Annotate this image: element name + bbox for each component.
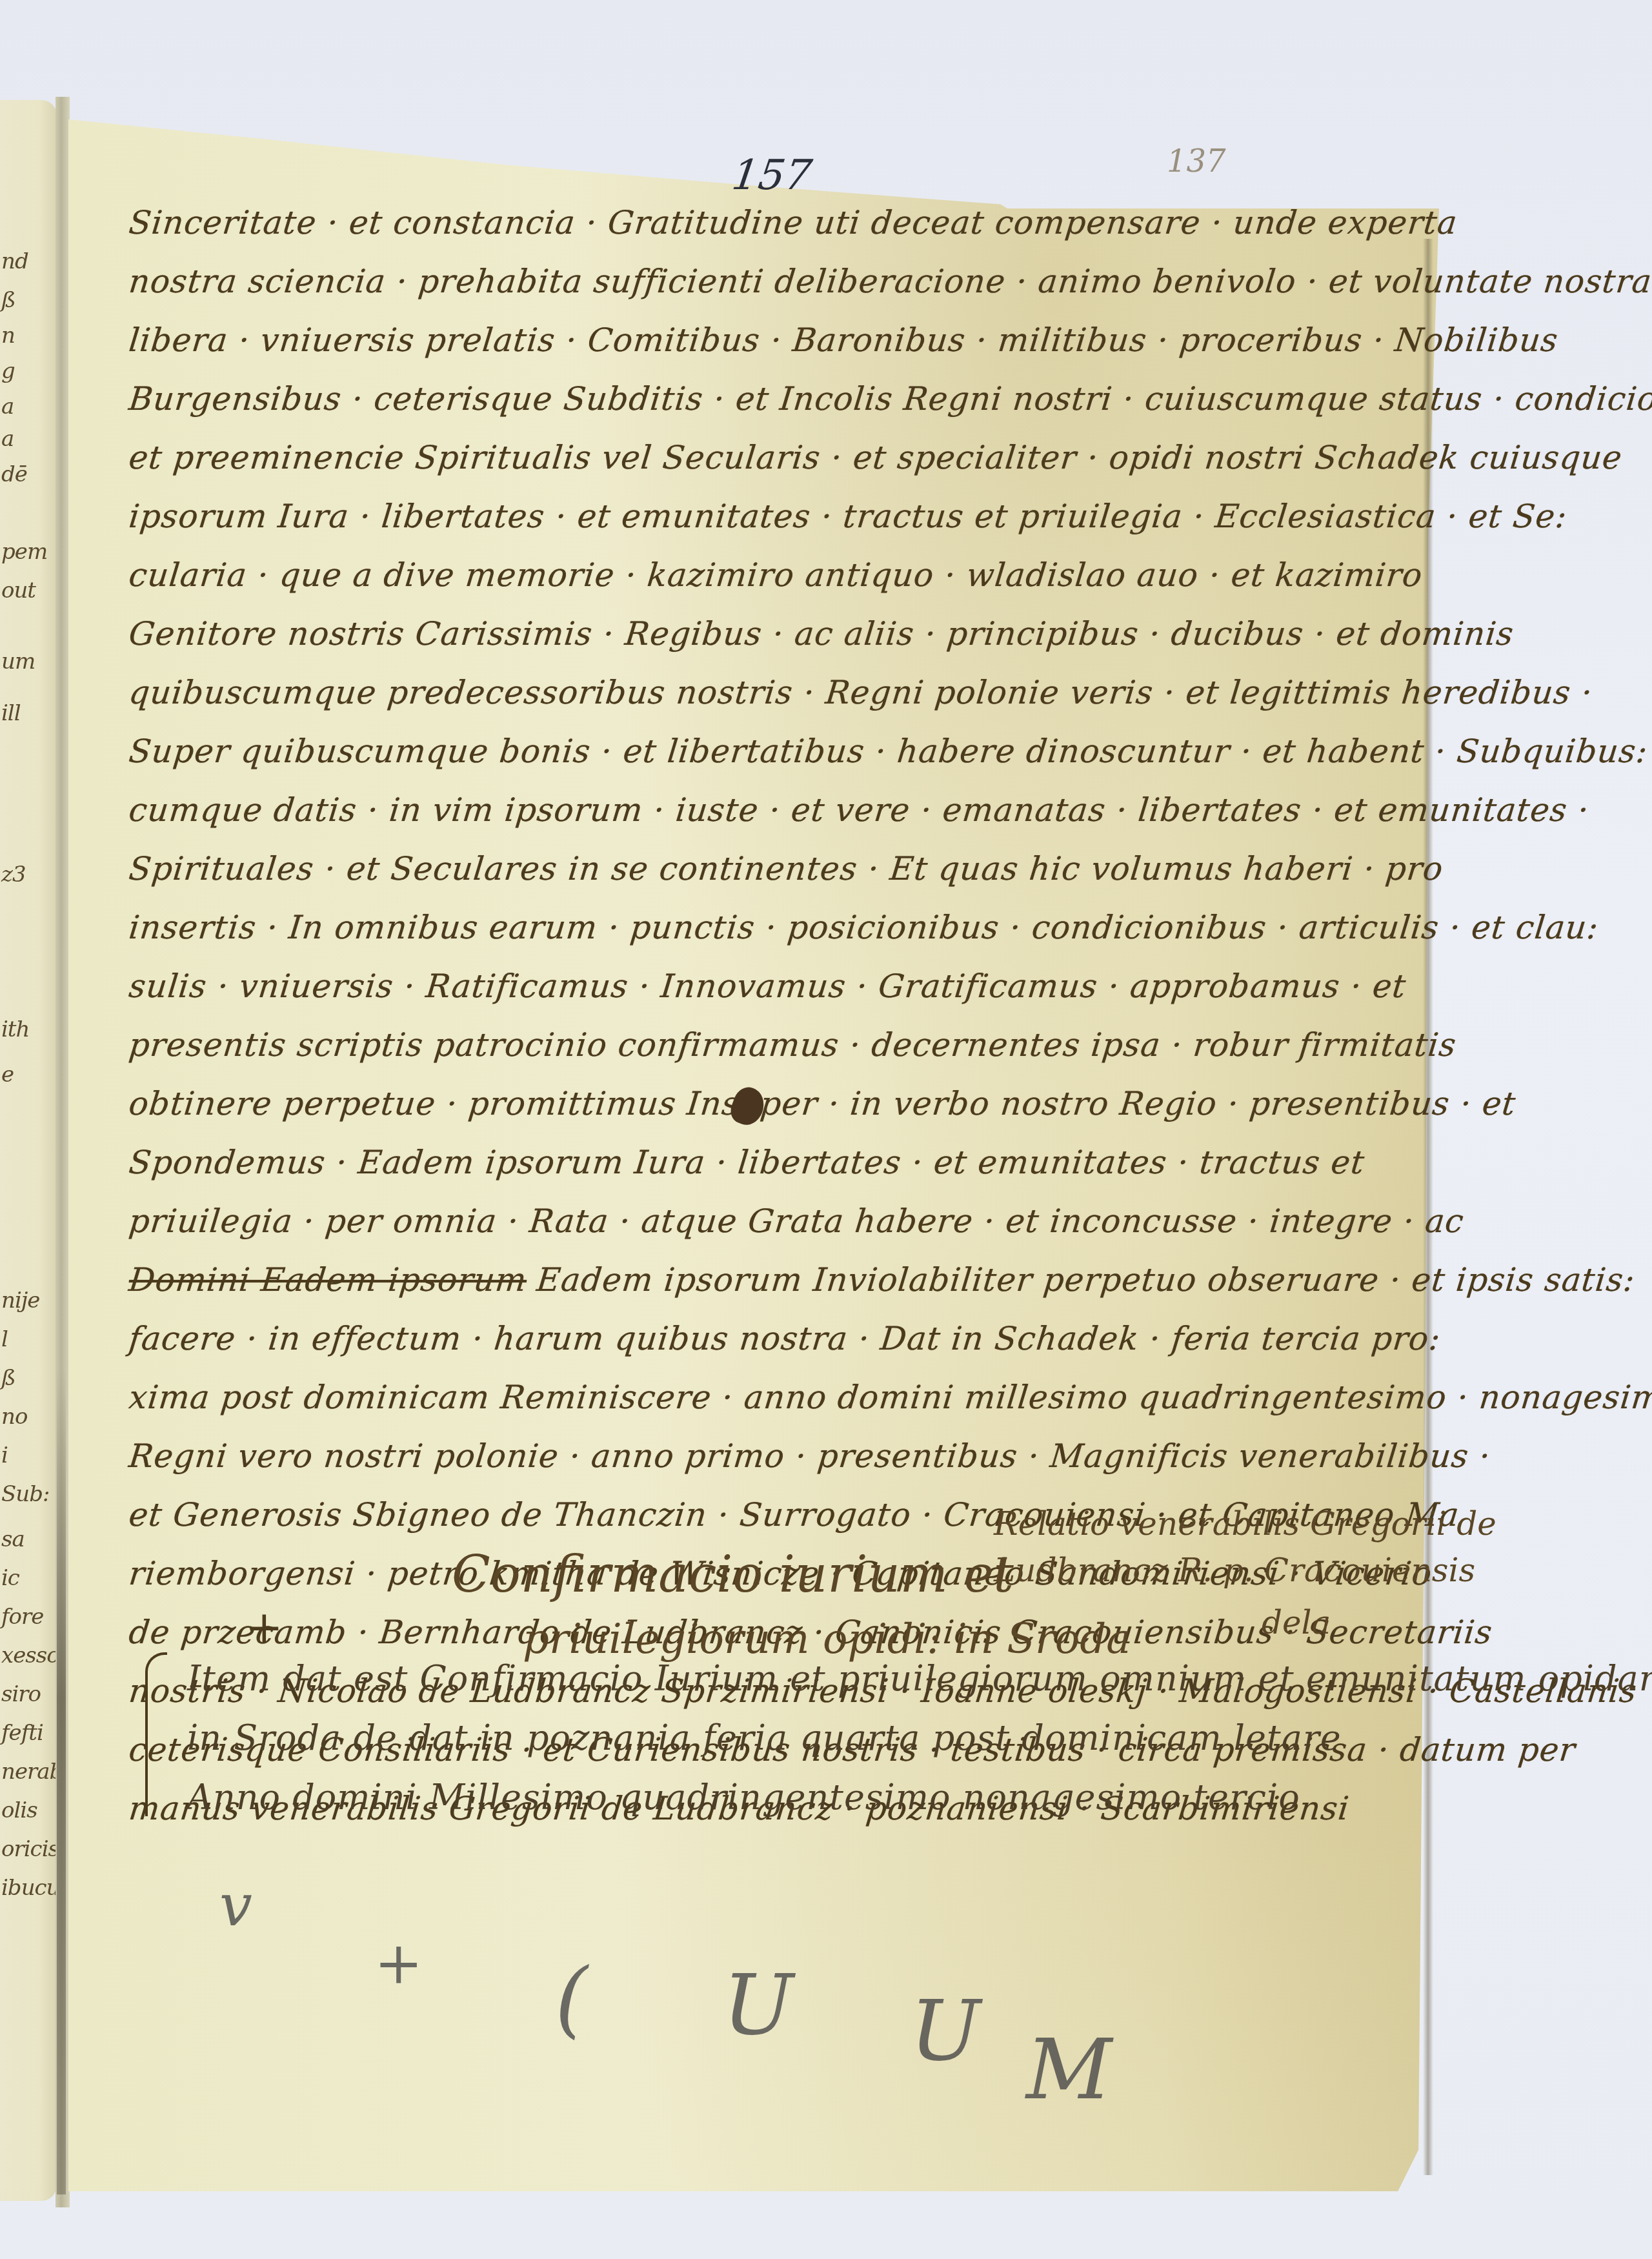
text-line: presentis scriptis patrocinio confirmamu… — [126, 1016, 1358, 1075]
pencil-mark: U — [723, 1956, 794, 2054]
margin-fragment: nije — [1, 1288, 39, 1313]
margin-fragment: a — [1, 394, 14, 420]
margin-fragment: um — [1, 649, 35, 674]
gutter-shadow — [57, 1368, 66, 2194]
text-line: ipsorum Iura · libertates · et emunitate… — [126, 487, 1358, 546]
bracket-mark — [145, 1652, 167, 1816]
text-line: xima post dominicam Reminiscere · anno d… — [126, 1368, 1358, 1427]
text-line: quibuscumque predecessoribus nostris · R… — [126, 664, 1358, 722]
margin-fragment: pem — [1, 539, 47, 565]
margin-fragment: ß — [1, 287, 15, 313]
margin-fragment: nerab — [1, 1759, 57, 1785]
relatio-line-1: Relatio venerabilis Gregorii de — [994, 1501, 1496, 1547]
margin-fragment: sa — [1, 1526, 25, 1552]
margin-fragment: n — [1, 323, 15, 349]
margin-fragment: nd — [1, 248, 28, 274]
margin-fragment: ic — [1, 1565, 19, 1591]
final-entry-line: Anno domini Millesimo quadringentesimo n… — [187, 1768, 1652, 1827]
text-line: Sinceritate · et constancia · Gratitudin… — [126, 194, 1358, 252]
old-folio-number: 137 — [1167, 143, 1226, 179]
heading-line-1: Confirmacio iurium et — [452, 1546, 1014, 1604]
margin-fragment: g — [1, 358, 15, 384]
text-line: Burgensibus · ceterisque Subditis · et I… — [126, 370, 1358, 429]
margin-fragment: Sub: — [1, 1481, 49, 1507]
margin-fragment: i — [1, 1443, 8, 1468]
struck-text: Domini Eadem ipsorum — [127, 1261, 529, 1299]
dela-annotation: dela — [1262, 1604, 1331, 1641]
folio-number: 157 — [729, 152, 815, 199]
text-line: cumque datis · in vim ipsorum · iuste · … — [126, 781, 1358, 840]
text-line: Genitore nostris Carissimis · Regibus · … — [126, 605, 1358, 664]
left-facing-page: nd ß n g a a dē pem out um ill z3 ith e … — [0, 100, 57, 2201]
margin-fragment: no — [1, 1404, 27, 1430]
pencil-mark: + — [374, 1930, 423, 1998]
text-line: insertis · In omnibus earum · punctis · … — [126, 898, 1358, 957]
margin-fragment: out — [1, 578, 35, 603]
text-line: Spondemus · Eadem ipsorum Iura · liberta… — [126, 1133, 1358, 1192]
text-line-rest: Eadem ipsorum Inviolabiliter perpetuo ob… — [535, 1261, 1637, 1299]
margin-fragment: siro — [1, 1681, 41, 1707]
text-line: cularia · que a dive memorie · kazimiro … — [126, 546, 1358, 605]
final-entry: Item dat est Confirmacio Iurium et priui… — [187, 1649, 1652, 1827]
margin-fragment: dē — [1, 461, 27, 487]
margin-fragment: a — [1, 426, 14, 452]
pencil-mark: U — [910, 1981, 981, 2080]
text-line: sulis · vniuersis · Ratificamus · Innova… — [126, 957, 1358, 1016]
pencil-mark: v — [219, 1872, 252, 1940]
text-line: et preeminencie Spiritualis vel Seculari… — [126, 429, 1358, 487]
margin-fragment: ibucu — [1, 1875, 57, 1901]
margin-fragment: z3 — [1, 862, 26, 887]
text-line: nostra sciencia · prehabita sufficienti … — [126, 252, 1358, 311]
margin-fragment: fefti — [1, 1720, 43, 1746]
margin-fragment: e — [1, 1062, 14, 1088]
pencil-mark: ( — [555, 1949, 588, 2047]
margin-fragment: ill — [1, 700, 21, 726]
text-line: Super quibuscumque bonis · et libertatib… — [126, 722, 1358, 781]
margin-fragment: ß — [1, 1365, 15, 1391]
margin-fragment: olis — [1, 1798, 37, 1823]
text-line-with-strikethrough: Domini Eadem ipsorum Eadem ipsorum Invio… — [126, 1251, 1358, 1310]
margin-fragment: fore — [1, 1604, 43, 1630]
final-entry-line: in Sroda de dat in poznania feria quarta… — [187, 1708, 1652, 1768]
margin-fragment: l — [1, 1326, 8, 1352]
text-line: priuilegia · per omnia · Rata · atque Gr… — [126, 1192, 1358, 1251]
margin-fragment: oricis — [1, 1836, 57, 1862]
text-line: libera · vniuersis prelatis · Comitibus … — [126, 311, 1358, 370]
text-line: facere · in effectum · harum quibus nost… — [126, 1310, 1358, 1368]
pencil-mark: M — [1026, 2020, 1112, 2118]
margin-fragment: xessore — [1, 1643, 57, 1668]
final-entry-line: Item dat est Confirmacio Iurium et priui… — [187, 1649, 1652, 1708]
margin-fragment: ith — [1, 1017, 29, 1042]
cross-mark-icon: + — [245, 1601, 283, 1654]
text-line: Spirituales · et Seculares in se contine… — [126, 840, 1358, 898]
text-line: Regni vero nostri polonie · anno primo ·… — [126, 1427, 1358, 1486]
